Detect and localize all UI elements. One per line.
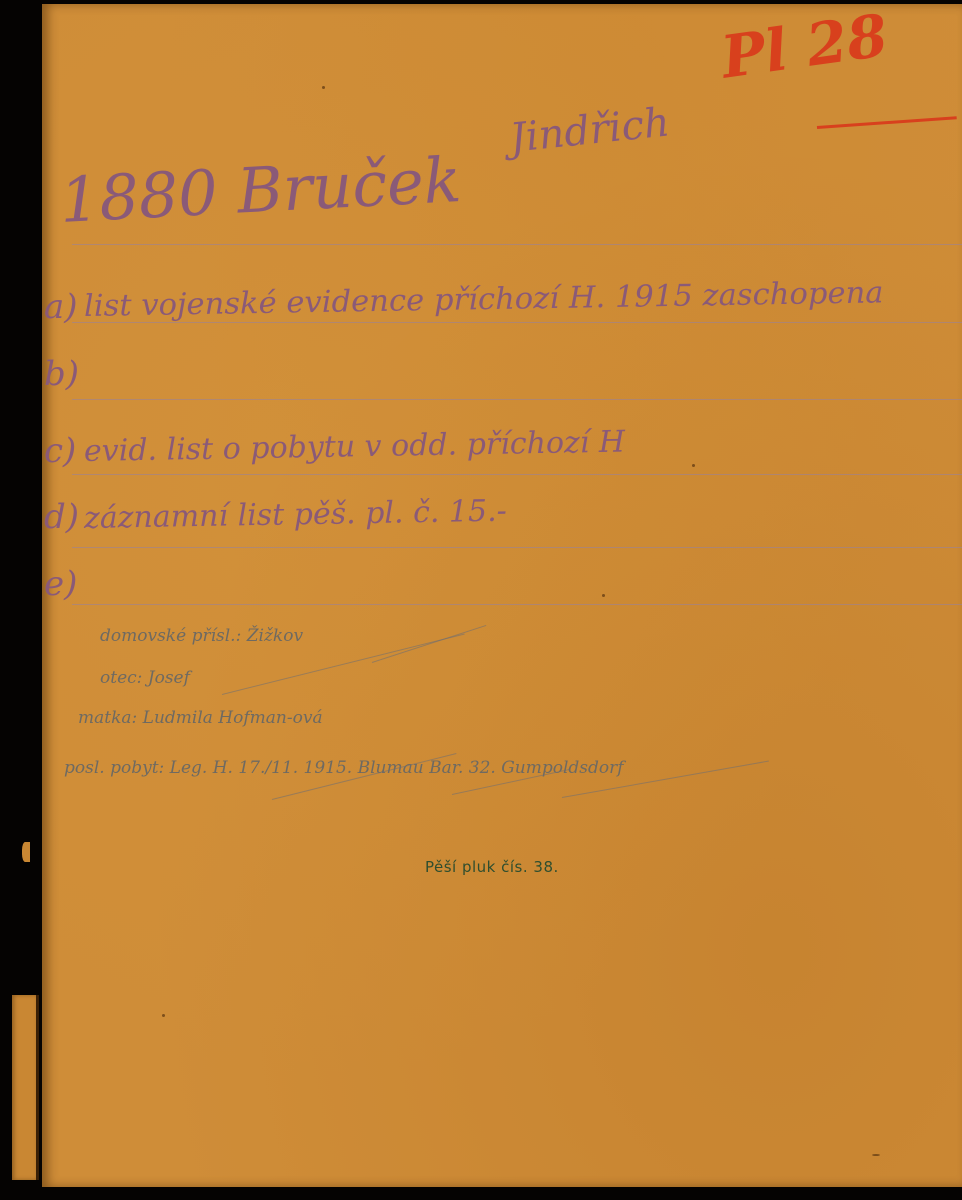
entry-e-label: e) [44, 564, 77, 604]
ruled-line [72, 322, 962, 323]
note-mother: matka: Ludmila Hofman-ová [78, 708, 323, 728]
folder-cover: Pl 28 Jindřich 1880 Bruček a) list vojen… [42, 4, 962, 1187]
paper-speck [322, 86, 325, 89]
given-name: Jindřich [508, 99, 672, 162]
paper-speck [602, 594, 605, 597]
entry-d-label: d) [44, 497, 79, 537]
ruled-line [72, 399, 962, 400]
paper-speck [692, 464, 695, 467]
paper-speck [162, 1014, 165, 1017]
entry-a-text: list vojenské evidence příchozí H. 1915 … [84, 275, 884, 324]
ruled-line [72, 244, 962, 245]
torn-flap-fragment [22, 842, 30, 862]
entry-c-text: evid. list o pobytu v odd. příchozí H [84, 425, 626, 469]
note-domicile: domovské přísl.: Žižkov [100, 626, 303, 646]
entry-c-label: c) [44, 431, 76, 471]
pencil-checkmark [372, 625, 486, 663]
surname-line: 1880 Bruček [58, 143, 463, 237]
ruled-line [72, 474, 962, 475]
entry-a-label: a) [44, 287, 78, 327]
archive-mark-underline [817, 116, 957, 129]
archive-mark: Pl 28 [717, 1, 891, 92]
ruled-line [72, 604, 962, 605]
ruled-line [72, 547, 962, 548]
regiment-stamp: Pěší pluk čís. 38. [425, 858, 559, 876]
inner-page-edge [12, 995, 39, 1180]
entry-b-label: b) [44, 354, 79, 394]
paper-speck [872, 1154, 880, 1156]
note-father: otec: Josef [100, 668, 190, 688]
entry-d-text: záznamní list pěš. pl. č. 15.- [84, 494, 507, 536]
